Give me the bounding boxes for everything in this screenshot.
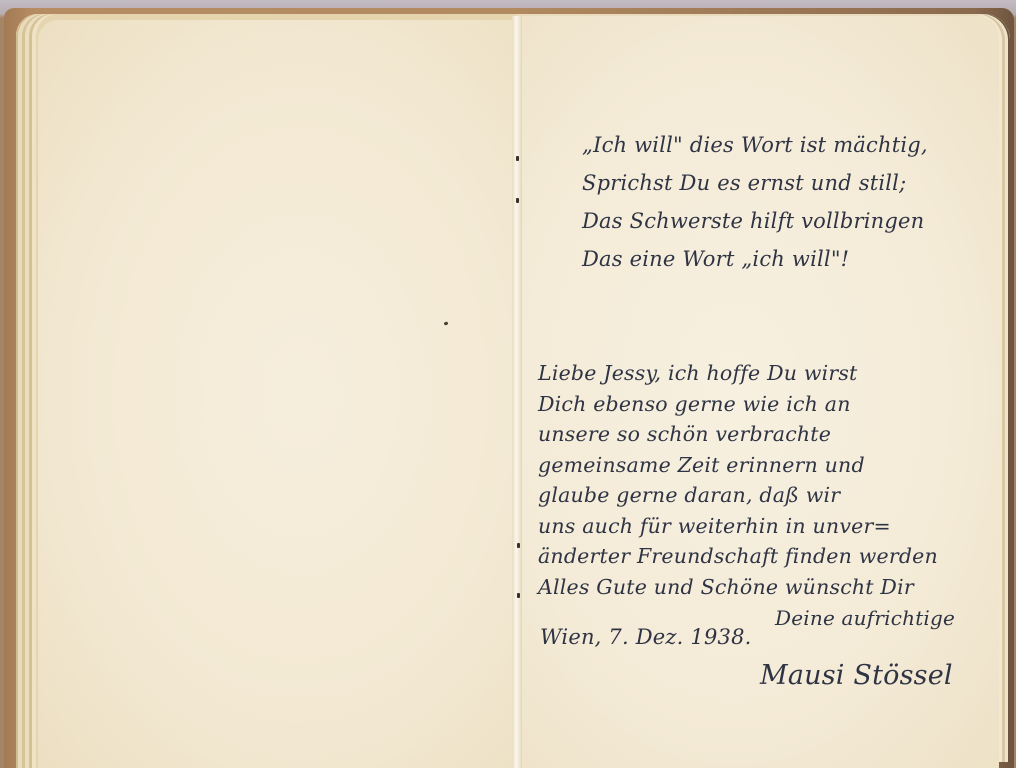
- letter-line: glaube gerne daran, daß wir: [538, 480, 938, 511]
- letter-line: änderter Freundschaft finden werden: [538, 541, 938, 572]
- spine-stitch: [516, 156, 519, 161]
- poem-text: „Ich will" dies Wort ist mächtig, Sprich…: [582, 126, 928, 278]
- spine-stitch: [517, 543, 520, 548]
- left-page: [38, 20, 516, 768]
- photo-scene: „Ich will" dies Wort ist mächtig, Sprich…: [0, 0, 1016, 768]
- poem-line: Sprichst Du es ernst und still;: [582, 164, 928, 202]
- letter-line: Liebe Jessy, ich hoffe Du wirst: [538, 358, 938, 389]
- letter-line: unsere so schön verbrachte: [538, 419, 938, 450]
- letter-line: Dich ebenso gerne wie ich an: [538, 389, 938, 420]
- ink-speck: [444, 321, 449, 325]
- letter-line: Alles Gute und Schöne wünscht Dir: [538, 572, 938, 603]
- poem-line: Das Schwerste hilft vollbringen: [582, 202, 928, 240]
- letter-text: Liebe Jessy, ich hoffe Du wirst Dich ebe…: [538, 358, 938, 602]
- poem-line: Das eine Wort „ich will"!: [582, 240, 928, 278]
- closing-text: Deine aufrichtige: [775, 606, 955, 630]
- spine-stitch: [517, 593, 520, 598]
- letter-line: gemeinsame Zeit erinnern und: [538, 450, 938, 481]
- poem-line: „Ich will" dies Wort ist mächtig,: [582, 126, 928, 164]
- signature: Mausi Stössel: [760, 660, 953, 691]
- book-spine: [512, 16, 522, 768]
- letter-line: uns auch für weiterhin in unver=: [538, 511, 938, 542]
- spine-stitch: [516, 198, 519, 203]
- place-date: Wien, 7. Dez. 1938.: [540, 625, 752, 649]
